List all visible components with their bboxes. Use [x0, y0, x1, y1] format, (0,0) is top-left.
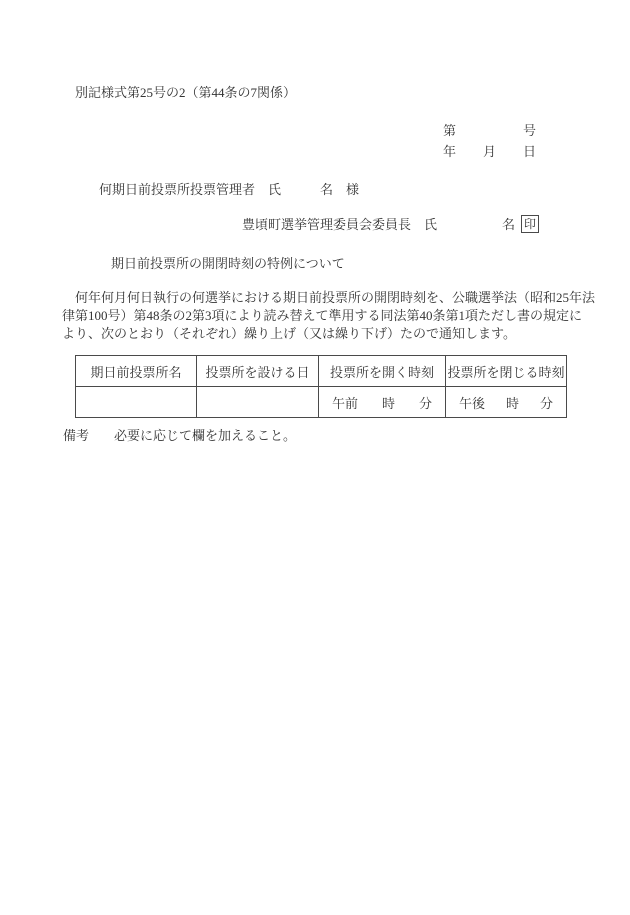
cell-open-time: 午前 時 分: [319, 387, 446, 417]
cell-polling-place-name: [76, 387, 197, 417]
date-year-label: 年: [443, 141, 456, 160]
document-title: 期日前投票所の開閉時刻の特例について: [111, 253, 345, 272]
header-polling-place-name: 期日前投票所名: [76, 356, 197, 387]
doc-number-suffix: 号: [523, 120, 536, 139]
date-line: 年 月 日: [443, 141, 536, 160]
header-close-time: 投票所を閉じる時刻: [446, 356, 566, 387]
close-time-minute-label: 分: [540, 393, 553, 412]
addressee-line: 何期日前投票所投票管理者 氏 名 様: [99, 179, 359, 198]
date-month-label: 月: [483, 141, 496, 160]
open-time-hour-label: 時: [382, 393, 395, 412]
header-open-time: 投票所を開く時刻: [319, 356, 446, 387]
header-polling-date: 投票所を設ける日: [197, 356, 319, 387]
document-page: 別記様式第25号の2（第44条の7関係） 第 号 年 月 日 何期日前投票所投票…: [0, 0, 630, 915]
body-paragraph: 何年何月何日執行の何選挙における期日前投票所の開閉時刻を、公職選挙法（昭和25年…: [62, 289, 577, 343]
open-time-minute-label: 分: [419, 393, 432, 412]
doc-number-line: 第 号: [443, 120, 536, 139]
open-time-period: 午前: [332, 393, 358, 412]
note-line: 備考 必要に応じて欄を加えること。: [63, 425, 296, 444]
cell-polling-date: [197, 387, 319, 417]
form-number: 別記様式第25号の2（第44条の7関係）: [75, 82, 296, 101]
body-line-2: 律第100号）第48条の2第3項により読み替えて準用する同法第40条第1項ただし…: [62, 307, 577, 325]
body-line-3: より、次のとおり（それぞれ）繰り上げ（又は繰り下げ）たので通知します。: [62, 325, 577, 343]
close-time-period: 午後: [459, 393, 485, 412]
sender-text: 豊頃町選挙管理委員会委員長 氏 名: [242, 214, 515, 233]
polling-hours-table: 期日前投票所名 投票所を設ける日 投票所を開く時刻 投票所を閉じる時刻 午前 時…: [75, 355, 567, 418]
close-time-hour-label: 時: [506, 393, 519, 412]
body-line-1: 何年何月何日執行の何選挙における期日前投票所の開閉時刻を、公職選挙法（昭和25年…: [62, 289, 577, 307]
note-label: 備考: [63, 425, 89, 444]
doc-number-prefix: 第: [443, 120, 456, 139]
cell-close-time: 午後 時 分: [446, 387, 566, 417]
seal-stamp: 印: [521, 215, 539, 233]
date-day-label: 日: [523, 141, 536, 160]
sender-line: 豊頃町選挙管理委員会委員長 氏 名 印: [242, 214, 539, 233]
note-text: 必要に応じて欄を加えること。: [114, 425, 296, 444]
